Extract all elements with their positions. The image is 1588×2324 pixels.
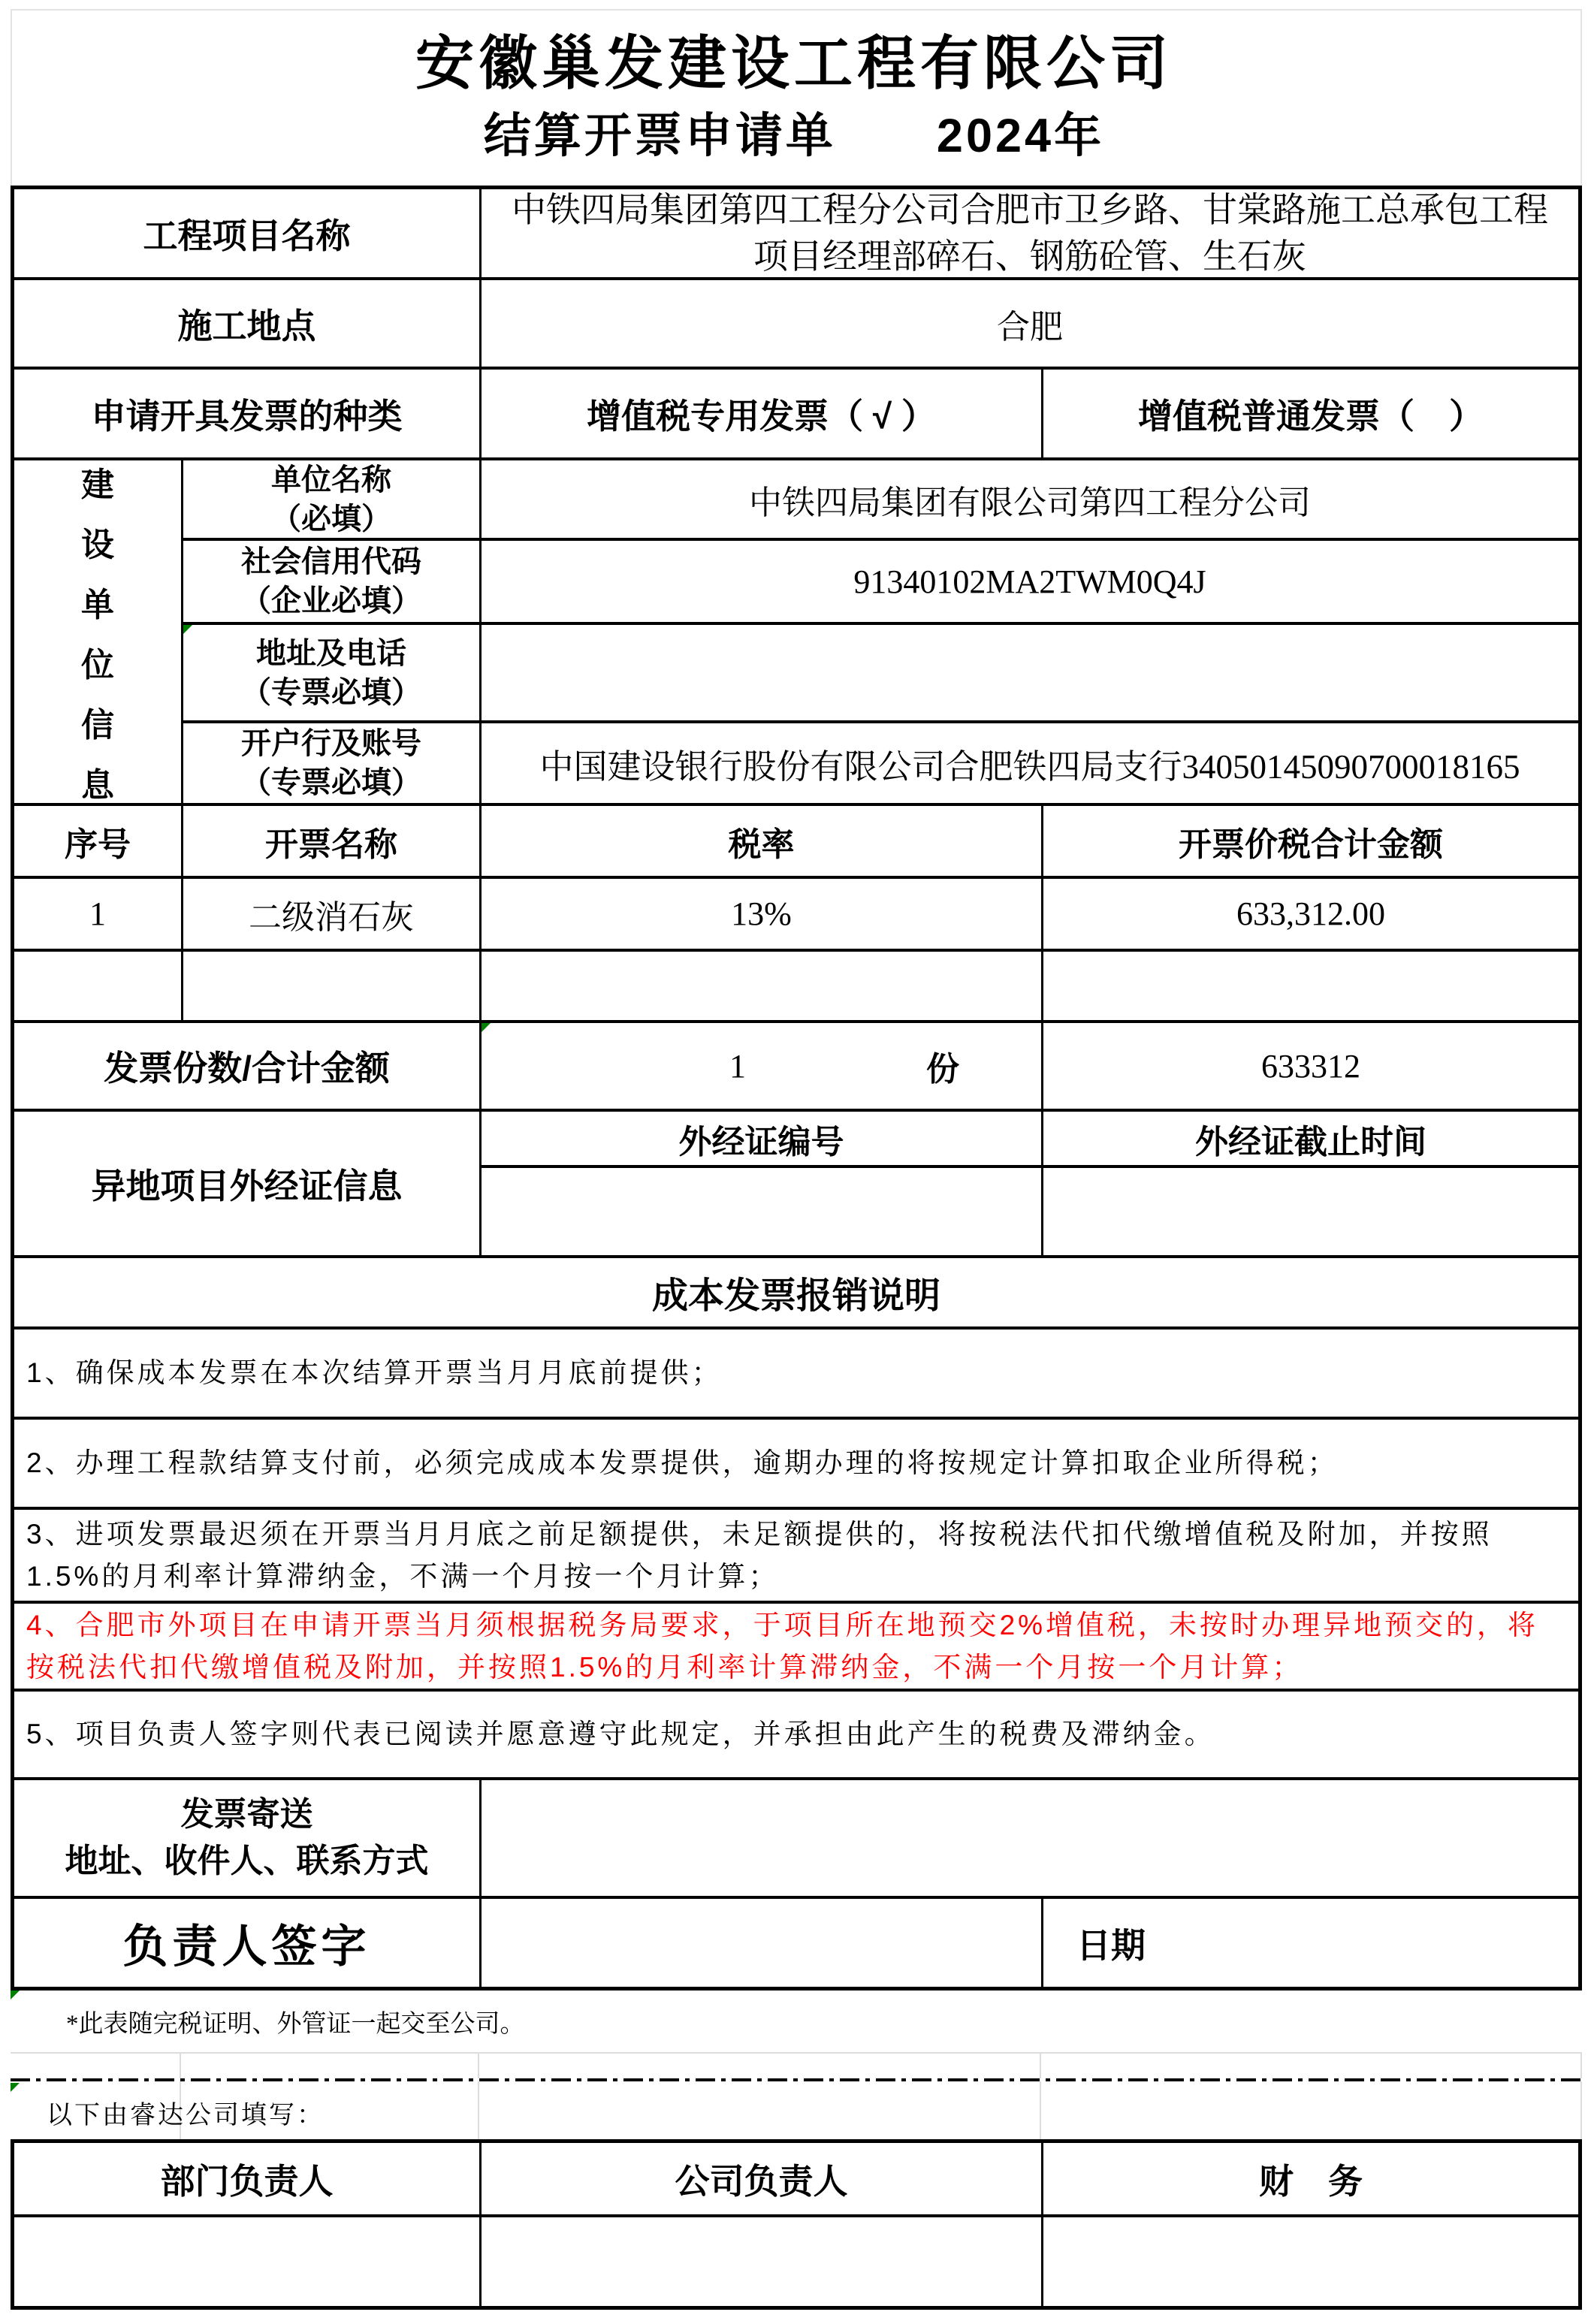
- label-line2: 地址、收件人、联系方式: [65, 1838, 429, 1885]
- finance-sign-cell: [1043, 2217, 1578, 2306]
- project-name-label: 工程项目名称: [14, 189, 482, 280]
- main-form-table: 工程项目名称 中铁四局集团第四工程分公司合肥市卫乡路、甘棠路施工总承包工程项目经…: [11, 186, 1582, 1990]
- empty-grid-row: [11, 2052, 1582, 2078]
- label-line1: 社会信用代码: [241, 542, 421, 581]
- page-subtitle: 结算开票申请单 2024年: [0, 98, 1588, 166]
- bank-account-value: 中国建设银行股份有限公司合肥铁四局支行34050145090700018165: [482, 723, 1578, 806]
- item-row-rate: 13%: [482, 879, 1043, 952]
- footnote-row: *此表随完税证明、外管证一起交至公司。: [11, 1990, 1582, 2052]
- green-corner-marker-icon: [11, 2083, 20, 2092]
- items-header-name: 开票名称: [183, 806, 482, 879]
- builder-info-side-label: 建 设 单 位 信 息: [14, 460, 183, 806]
- items-header-rate: 税率: [482, 806, 1043, 879]
- item-row-no: 1: [14, 879, 183, 952]
- invoice-count-cell: 1 份: [482, 1023, 1043, 1112]
- permit-number-value: [482, 1168, 1043, 1258]
- grid-line: [1040, 2081, 1041, 2139]
- grid-line: [1580, 2081, 1582, 2139]
- side-char: 位: [81, 638, 114, 686]
- bottom-section-intro: 以下由睿达公司填写：: [47, 2094, 325, 2131]
- items-header-no: 序号: [14, 806, 183, 879]
- invoice-delivery-label: 发票寄送地址、收件人、联系方式: [14, 1780, 482, 1899]
- grid-line: [478, 2054, 479, 2078]
- items-header-amount: 开票价税合计金额: [1043, 806, 1578, 879]
- green-corner-marker-icon: [11, 1990, 20, 2000]
- invoice-count-value: 1: [729, 1047, 746, 1085]
- side-char: 单: [81, 578, 114, 626]
- label-line1: 单位名称: [271, 460, 391, 500]
- unit-name-value: 中铁四局集团有限公司第四工程分公司: [482, 460, 1578, 541]
- grid-line: [478, 2081, 479, 2139]
- label-line2: （企业必填）: [241, 581, 421, 620]
- item-row-name: [183, 952, 482, 1023]
- permit-deadline-header: 外经证截止时间: [1043, 1112, 1578, 1168]
- green-corner-marker-icon: [482, 1023, 491, 1032]
- side-char: 建: [81, 457, 114, 506]
- invoice-kind-label: 申请开具发票的种类: [14, 370, 482, 460]
- credit-code-value: 91340102MA2TWM0Q4J: [482, 541, 1578, 625]
- cost-note-3: 3、进项发票最迟须在开票当月月底之前足额提供，未足额提供的，将按税法代扣代缴增值…: [14, 1510, 1578, 1604]
- label-line2: （专票必填）: [241, 673, 421, 712]
- item-row-rate: [482, 952, 1043, 1023]
- label-line1: 地址及电话: [241, 634, 421, 673]
- invoice-kind-general-option: 增值税普通发票（ ）: [1043, 370, 1578, 460]
- green-corner-marker-icon: [183, 625, 192, 634]
- address-phone-label: 地址及电话（专票必填）: [183, 625, 482, 723]
- company-head-header: 公司负责人: [482, 2143, 1043, 2217]
- cost-note-4-red: 4、合肥市外项目在申请开票当月须根据税务局要求，于项目所在地预交2%增值税，未按…: [14, 1604, 1578, 1692]
- invoice-count-unit: 份: [926, 1042, 959, 1090]
- permit-number-header: 外经证编号: [482, 1112, 1043, 1168]
- offsite-permit-label: 异地项目外经证信息: [14, 1112, 482, 1258]
- cost-note-1: 1、确保成本发票在本次结算开票当月月底前提供；: [14, 1330, 1578, 1420]
- grid-line: [1040, 2054, 1041, 2078]
- item-row-no: [14, 952, 183, 1023]
- side-char: 设: [81, 518, 114, 566]
- label-line2: （必填）: [271, 500, 391, 539]
- invoice-application-sheet: 安徽巢发建设工程有限公司 结算开票申请单 2024年 工程项目名称 中铁四局集团…: [0, 0, 1588, 2324]
- permit-deadline-value: [1043, 1168, 1578, 1258]
- signature-date-label: 日期: [1043, 1899, 1578, 1987]
- responsible-signature-label: 负责人签字: [14, 1899, 482, 1987]
- cost-note-2: 2、办理工程款结算支付前，必须完成成本发票提供，逾期办理的将按规定计算扣取企业所…: [14, 1420, 1578, 1510]
- invoice-delivery-value: [482, 1780, 1578, 1899]
- unit-name-label: 单位名称（必填）: [183, 460, 482, 541]
- side-char: 息: [81, 758, 114, 806]
- dept-head-header: 部门负责人: [14, 2143, 482, 2217]
- address-phone-value: [482, 625, 1578, 723]
- invoice-count-total-label: 发票份数/合计金额: [14, 1023, 482, 1112]
- item-row-name: 二级消石灰: [183, 879, 482, 952]
- cost-invoice-section-title: 成本发票报销说明: [14, 1258, 1578, 1330]
- dept-head-sign-cell: [14, 2217, 482, 2306]
- project-name-value: 中铁四局集团第四工程分公司合肥市卫乡路、甘棠路施工总承包工程项目经理部碎石、钢筋…: [482, 189, 1578, 280]
- side-char: 信: [81, 698, 114, 746]
- construction-site-label: 施工地点: [14, 280, 482, 370]
- responsible-signature-value: [482, 1899, 1043, 1987]
- invoice-kind-special-option: 增值税专用发票（ √ ）: [482, 370, 1043, 460]
- footnote-text: *此表随完税证明、外管证一起交至公司。: [66, 2004, 525, 2039]
- item-row-amount: [1043, 952, 1578, 1023]
- grid-line: [1580, 2054, 1582, 2078]
- bank-account-label: 开户行及账号（专票必填）: [183, 723, 482, 806]
- label-line1: 发票寄送: [65, 1791, 429, 1838]
- finance-header: 财 务: [1043, 2143, 1578, 2217]
- page-title: 安徽巢发建设工程有限公司: [0, 17, 1588, 101]
- page-grid-line-top: [11, 9, 1582, 11]
- label-line1: 开户行及账号: [241, 724, 421, 763]
- company-head-sign-cell: [482, 2217, 1043, 2306]
- grid-line: [180, 2054, 181, 2078]
- invoice-total-value: 633312: [1043, 1023, 1578, 1112]
- approval-table: 部门负责人 公司负责人 财 务: [11, 2139, 1582, 2310]
- item-row-amount: 633,312.00: [1043, 879, 1578, 952]
- credit-code-label: 社会信用代码（企业必填）: [183, 541, 482, 625]
- label-line2: （专票必填）: [241, 763, 421, 802]
- construction-site-value: 合肥: [482, 280, 1578, 370]
- cost-note-5: 5、项目负责人签字则代表已阅读并愿意遵守此规定，并承担由此产生的税费及滞纳金。: [14, 1692, 1578, 1780]
